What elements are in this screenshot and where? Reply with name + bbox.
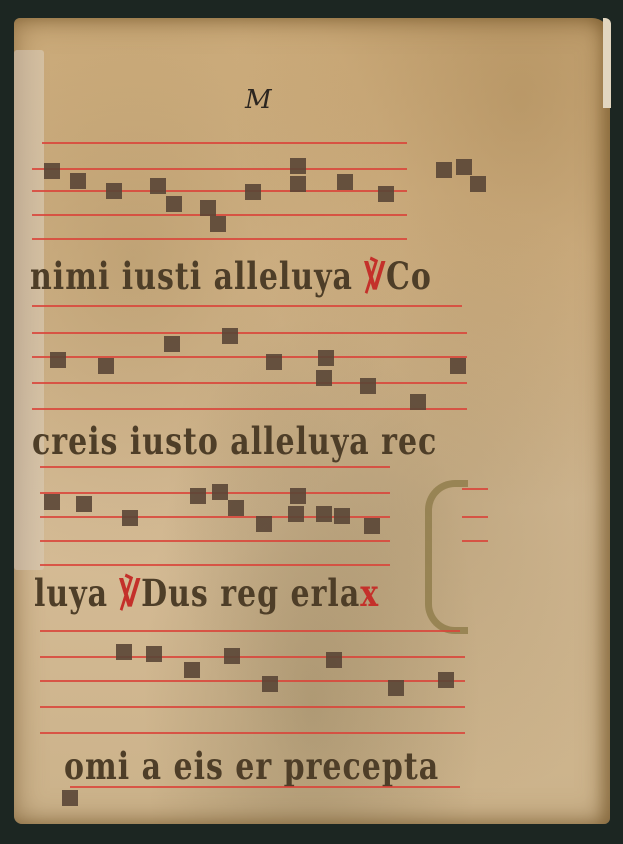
staff-5-partial: [70, 786, 460, 788]
text-line-3: luya ℣Dus reg erlax: [34, 572, 379, 616]
neume: [62, 790, 78, 806]
text-line-1: nimi iusti alleluya ℣Co: [30, 255, 432, 299]
page-corner: [603, 18, 611, 108]
folio-mark: M: [245, 85, 272, 115]
decorated-initial: [425, 480, 468, 634]
text-line-2: creis iusto alleluya rec: [32, 420, 437, 464]
text-line-4: omi a eis er precepta: [64, 745, 439, 789]
